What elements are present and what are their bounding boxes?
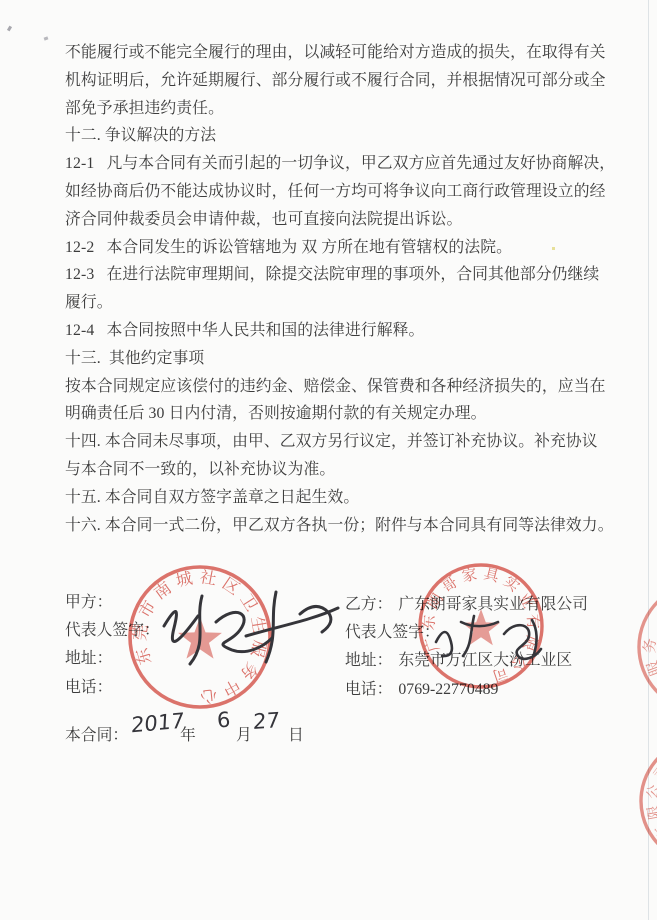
handwritten-year: 2017 — [130, 709, 185, 738]
contract-text-line: 部免予承担违约责任。 — [65, 95, 610, 123]
party-b-handwritten-signature — [428, 608, 558, 663]
contract-text-line: 十六. 本合同一式二份，甲乙双方各执一份；附件与本合同具有同等法律效力。 — [65, 512, 610, 540]
contract-text-line: 十五. 本合同自双方签字盖章之日起生效。 — [65, 484, 610, 512]
contract-text-line: 十三. 其他约定事项 — [65, 345, 610, 373]
contract-scan-page: 不能履行或不能完全履行的理由，以减轻可能给对方造成的损失，在取得有关机构证明后，… — [0, 0, 657, 920]
field-label: 电话： — [345, 681, 392, 698]
contract-text-line: 不能履行或不能完全履行的理由，以减轻可能给对方造成的损失，在取得有关 — [65, 39, 610, 67]
field-label: 地址： — [345, 652, 392, 669]
contract-body-text: 不能履行或不能完全履行的理由，以减轻可能给对方造成的损失，在取得有关机构证明后，… — [65, 39, 610, 539]
scan-artifact — [44, 36, 49, 40]
contract-text-line: 十二. 争议解决的方法 — [65, 122, 610, 150]
edge-partial-seal-bottom: 业有限公司 — [618, 716, 657, 886]
contract-text-line: 济合同仲裁委员会申请仲裁，也可直接向法院提出诉讼。 — [65, 206, 610, 234]
contract-text-line: 履行。 — [65, 289, 610, 317]
field-label: 乙方： — [345, 596, 392, 613]
handwritten-day: 27 — [253, 708, 281, 734]
field-label: 电话： — [65, 679, 112, 696]
contract-date-label: 本合同： — [65, 722, 128, 745]
contract-text-line: 按本合同规定应该偿付的违约金、赔偿金、保管费和各种经济损失的，应当在 — [65, 373, 610, 401]
field-label: 甲方： — [65, 594, 112, 611]
contract-text-line: 12-2 本合同发生的诉讼管辖地为 双 方所在地有管辖权的法院。 — [65, 234, 610, 262]
field-label: 地址： — [65, 650, 112, 667]
contract-text-line: 如经协商后仍不能达成协议时，任何一方均可将争议向工商行政管理设立的经 — [65, 178, 610, 206]
contract-text-line: 机构证明后，允许延期履行、部分履行或不履行合同，并根据情况可部分或全 — [65, 67, 610, 95]
day-unit-label: 日 — [288, 722, 304, 745]
scan-artifact — [7, 26, 12, 32]
handwritten-month: 6 — [216, 708, 231, 733]
contract-text-line: 12-3 在进行法院审理期间，除提交法院审理的事项外，合同其他部分仍继续 — [65, 261, 610, 289]
contract-text-line: 十四. 本合同未尽事项，由甲、乙双方另行议定，并签订补充协议。补充协议 — [65, 428, 610, 456]
month-unit-label: 月 — [236, 722, 252, 745]
edge-partial-seal-middle: 卫生服务 — [620, 562, 657, 732]
contract-text-line: 12-1 凡与本合同有关而引起的一切争议，甲乙双方应首先通过友好协商解决， — [65, 150, 610, 178]
contract-text-line: 与本合同不一致的，以补充协议为准。 — [65, 456, 610, 484]
party-a-handwritten-signature — [150, 578, 350, 673]
contract-text-line: 12-4 本合同按照中华人民共和国的法律进行解释。 — [65, 317, 610, 345]
contract-text-line: 明确责任后 30 日内付清，否则按逾期付款的有关规定办理。 — [65, 400, 610, 428]
